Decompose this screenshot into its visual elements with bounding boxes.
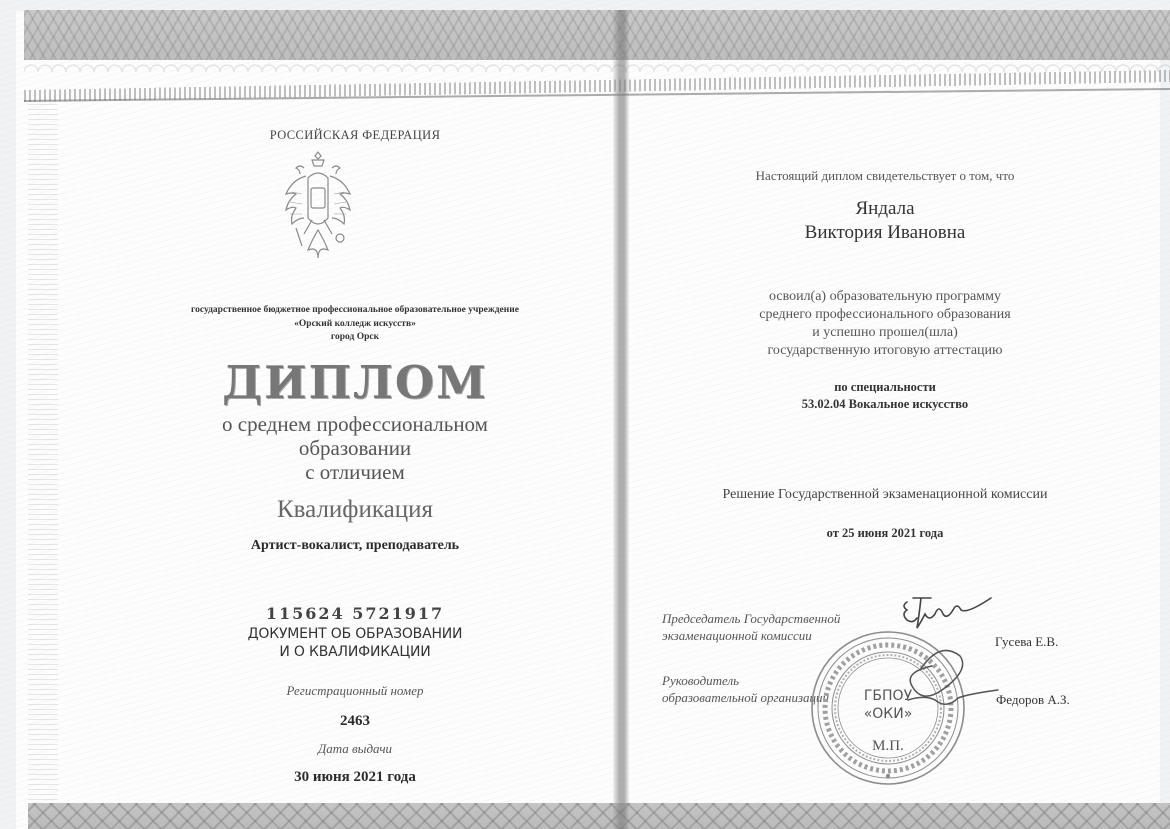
coat-of-arms-icon bbox=[282, 148, 354, 276]
stamp-mark: М.П. bbox=[808, 738, 968, 755]
registration-number: 2463 bbox=[120, 713, 590, 730]
issue-date-label: Дата выдачи bbox=[120, 741, 590, 757]
left-margin-texture bbox=[28, 100, 58, 800]
center-fold bbox=[613, 10, 629, 829]
diploma-subtitle-line2: образовании bbox=[120, 436, 590, 461]
diploma-subtitle-line1: о среднем профессиональном bbox=[120, 412, 590, 437]
institution-type: государственное бюджетное профессиональн… bbox=[120, 305, 590, 315]
serial-number: 115624 5721917 bbox=[120, 604, 590, 623]
statement-line3: и успешно прошел(шла) bbox=[650, 325, 1120, 341]
left-page: РОССИЙСКАЯ ФЕДЕРАЦИЯ государственное бюд… bbox=[120, 0, 590, 829]
graduate-surname: Яндала bbox=[650, 198, 1120, 220]
head-label-line2: образовательной организации bbox=[662, 690, 829, 706]
chair-signature-icon bbox=[895, 590, 1005, 640]
statement-line4: государственную итоговую аттестацию bbox=[650, 343, 1120, 359]
chair-label-line1: Председатель Государственной bbox=[662, 611, 840, 627]
head-name: Федоров А.З. bbox=[996, 692, 1070, 708]
registration-number-label: Регистрационный номер bbox=[120, 683, 590, 699]
head-label-line1: Руководитель bbox=[662, 673, 739, 689]
qualification-value: Артист-вокалист, преподаватель bbox=[120, 538, 590, 554]
statement-line2: среднего профессионального образования bbox=[650, 307, 1120, 323]
specialty: 53.02.04 Вокальное искусство bbox=[650, 397, 1120, 412]
commission-decision: Решение Государственной экзаменационной … bbox=[650, 487, 1120, 503]
institution-name: «Орский колледж искусств» bbox=[120, 319, 590, 329]
statement-line1: освоил(а) образовательную программу bbox=[650, 289, 1120, 305]
document-type-line1: ДОКУМЕНТ ОБ ОБРАЗОВАНИИ bbox=[120, 626, 590, 642]
diploma-title: ДИПЛОМ bbox=[120, 356, 590, 409]
qualification-label: Квалификация bbox=[120, 496, 590, 524]
document-type-line2: И О КВАЛИФИКАЦИИ bbox=[120, 644, 590, 660]
specialty-label: по специальности bbox=[650, 380, 1120, 395]
chair-label-line2: экзаменационной комиссии bbox=[662, 628, 812, 644]
graduate-given-names: Виктория Ивановна bbox=[650, 222, 1120, 244]
institution-city: город Орск bbox=[120, 332, 590, 342]
head-signature-icon bbox=[890, 640, 1000, 715]
issue-date: 30 июня 2021 года bbox=[120, 769, 590, 786]
decision-date: от 25 июня 2021 года bbox=[650, 526, 1120, 541]
certification-intro: Настоящий диплом свидетельствует о том, … bbox=[650, 168, 1120, 184]
country-heading: РОССИЙСКАЯ ФЕДЕРАЦИЯ bbox=[120, 128, 590, 143]
diploma-honors: с отличием bbox=[120, 460, 590, 485]
